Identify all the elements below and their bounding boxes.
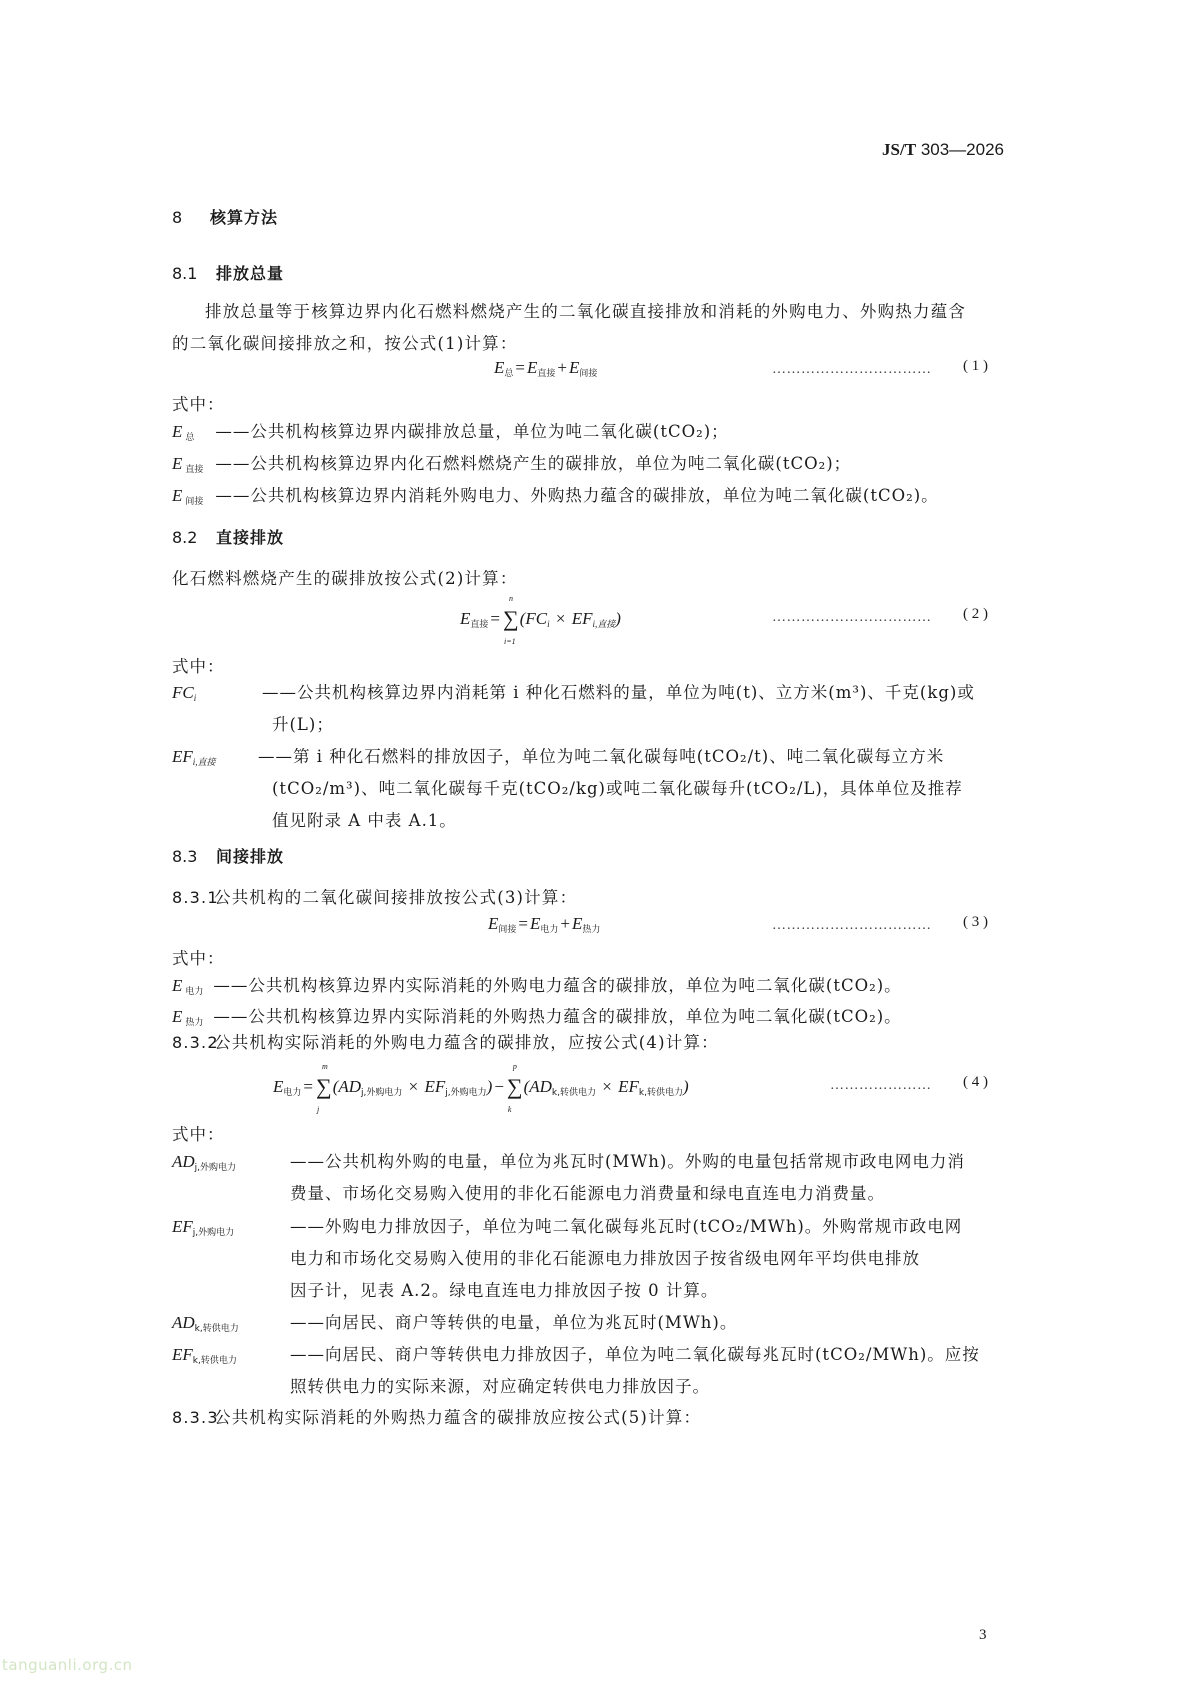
definition-ef-direct-cont2: 值见附录 A 中表 A.1。 (272, 805, 457, 837)
section-8-2-heading: 8.2直接排放 (172, 525, 284, 548)
watermark: tanguanli.org.cn (2, 1656, 133, 1674)
formula-4: E电力=∑mj(ADj,外购电力 × EFj,外购电力)−∑pk(ADk,转供电… (273, 1074, 689, 1100)
formula-4-number: ( 4 ) (963, 1074, 988, 1091)
where-label: 式中： (172, 391, 225, 415)
section-8-3-heading: 8.3间接排放 (172, 844, 284, 867)
definition-ef-purchased-cont2: 因子计，见表 A.2。绿电直连电力排放因子按 0 计算。 (290, 1275, 718, 1307)
document-page: JS/T 303—2026 8核算方法 8.1排放总量 排放总量等于核算边界内化… (0, 0, 1190, 1683)
where-label: 式中： (172, 653, 225, 677)
formula-1-number: ( 1 ) (963, 358, 988, 375)
sum-icon: ∑mj (316, 1074, 332, 1100)
definition-e-indirect: E间接——公共机构核算边界内消耗外购电力、外购热力蕴含的碳排放，单位为吨二氧化碳… (172, 480, 939, 518)
definition-ef-transferred-cont: 照转供电力的实际来源，对应确定转供电力排放因子。 (290, 1371, 710, 1403)
definition-ef-purchased-cont1: 电力和市场化交易购入使用的非化石能源电力排放因子按省级电网年平均供电排放 (290, 1243, 920, 1275)
formula-1: E总=E直接+E间接 (494, 358, 597, 379)
formula-2: E直接=∑ni=1(FCi × EFi,直接) (460, 606, 621, 632)
where-label: 式中： (172, 945, 225, 969)
section-8-1-para-line2: 的二氧化碳间接排放之和，按公式(1)计算： (172, 328, 518, 360)
section-8-3-1: 8.3.1公共机构的二氧化碳间接排放按公式(3)计算： (172, 882, 577, 914)
definition-fc-cont: 升(L)； (272, 709, 334, 741)
section-8-3-2: 8.3.2公共机构实际消耗的外购电力蕴含的碳排放，应按公式(4)计算： (172, 1027, 719, 1059)
section-8-3-3: 8.3.3公共机构实际消耗的外购热力蕴含的碳排放应按公式(5)计算： (172, 1402, 701, 1434)
formula-2-leader: …………………………… (772, 610, 932, 626)
formula-2-number: ( 2 ) (963, 606, 988, 623)
formula-4-leader: ………………… (830, 1078, 932, 1094)
section-8-2-para: 化石燃料燃烧产生的碳排放按公式(2)计算： (172, 563, 518, 595)
section-8-1-heading: 8.1排放总量 (172, 261, 284, 284)
section-8-1-para-line1: 排放总量等于核算边界内化石燃料燃烧产生的二氧化碳直接排放和消耗的外购电力、外购热… (205, 296, 966, 328)
definition-ad-purchased-cont: 费量、市场化交易购入使用的非化石能源电力消费量和绿电直连电力消费量。 (290, 1178, 885, 1210)
section-8-heading: 8核算方法 (172, 205, 278, 228)
formula-3: E间接=E电力+E热力 (488, 914, 600, 935)
where-label: 式中： (172, 1121, 225, 1145)
standard-prefix: JS/T (882, 140, 916, 159)
page-number: 3 (979, 1627, 987, 1644)
formula-3-number: ( 3 ) (963, 914, 988, 931)
definition-ef-direct-cont1: (tCO₂/m³)、吨二氧化碳每千克(tCO₂/kg)或吨二氧化碳每升(tCO₂… (272, 773, 963, 805)
standard-number: 303—2026 (921, 140, 1004, 159)
sum-icon: ∑ni=1 (503, 606, 519, 632)
standard-code: JS/T 303—2026 (882, 140, 1004, 160)
formula-1-leader: …………………………… (772, 362, 932, 378)
sum-icon: ∑pk (507, 1074, 523, 1100)
formula-3-leader: …………………………… (772, 918, 932, 934)
